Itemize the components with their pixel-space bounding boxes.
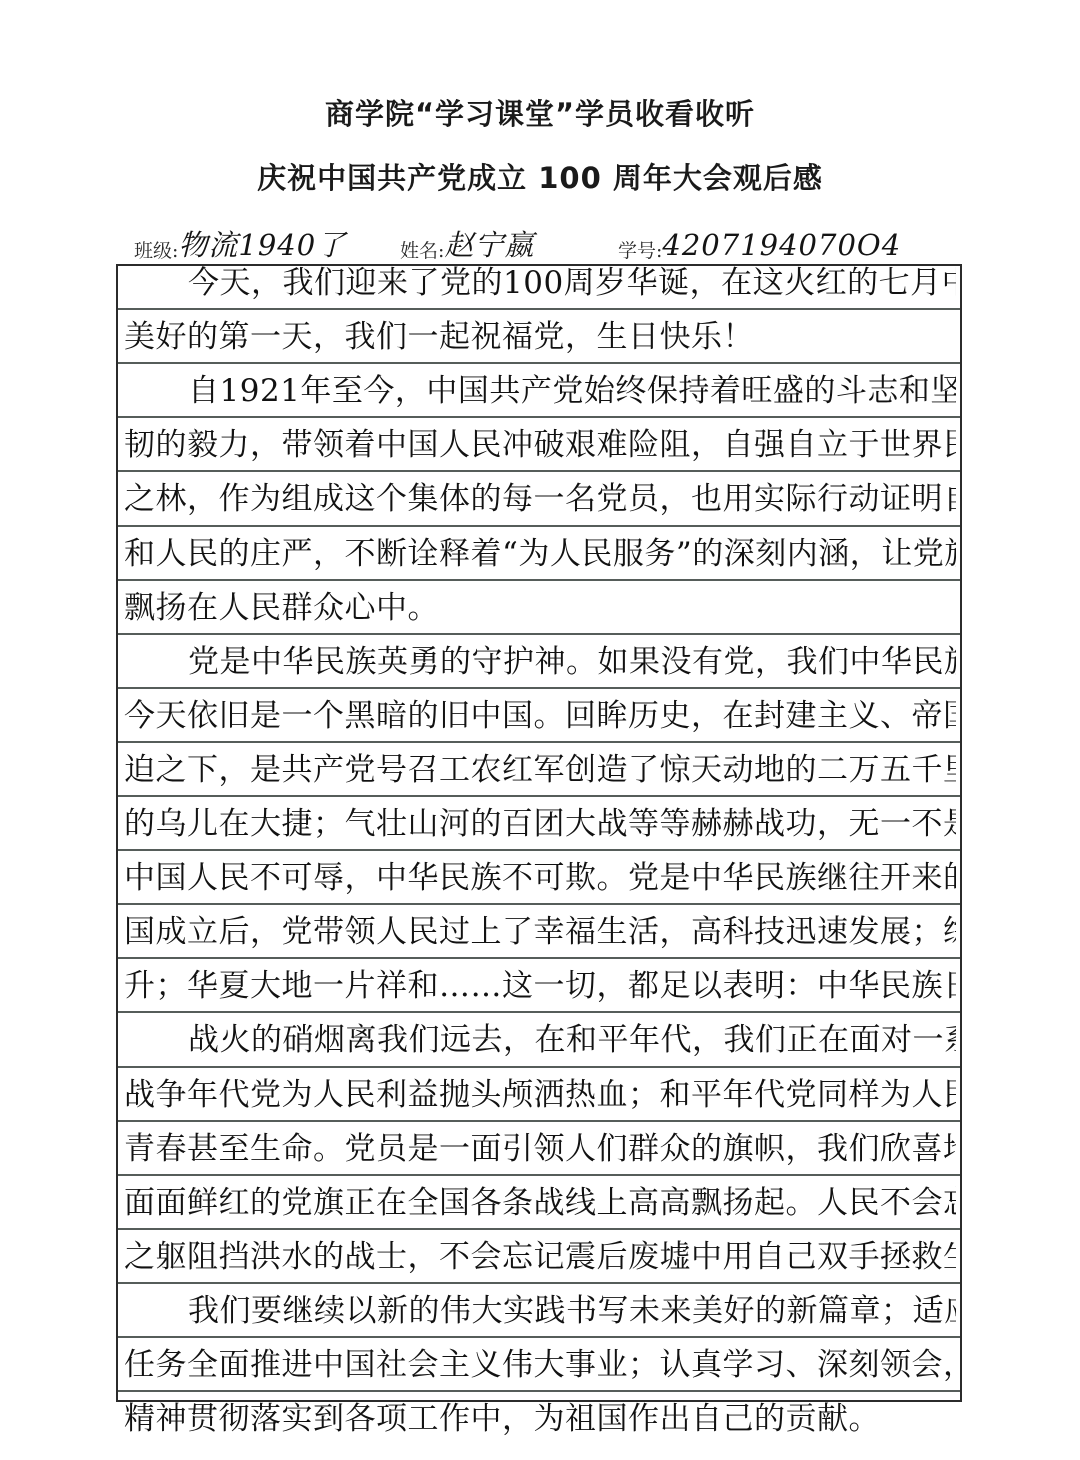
essay-line: 面面鲜红的党旗正在全国各条战线上高高飘扬起。人民不会忘记用自己血肉 [124,1176,956,1230]
essay-line: 迫之下，是共产党号召工农红军创造了惊天动地的二万五千里长征；淮海会战 [124,743,956,797]
essay-line: 我们要继续以新的伟大实践书写未来美好的新篇章；适应新形势新 [124,1284,956,1338]
essay-line: 飘扬在人民群众心中。 [124,581,956,635]
essay-line: 国成立后，党带领人民过上了幸福生活，高科技迅速发展；综合国力不断提 [124,905,956,959]
essay-box: 今天，我们迎来了党的100周岁华诞，在这火红的七月中美好的第一天，我们一起祝福党… [116,264,962,1402]
essay-line: 之躯阻挡洪水的战士，不会忘记震后废墟中用自己双手拯救生命的天使。 [124,1230,956,1284]
essay-line: 战火的硝烟离我们远去，在和平年代，我们正在面对一系列新的挑战。 [124,1013,956,1067]
essay-line: 的乌儿在大捷；气壮山河的百团大战等等赫赫战功，无一不是在表明： [124,797,956,851]
essay-line: 今天依旧是一个黑暗的旧中国。回眸历史，在封建主义、帝国主义多重压 [124,689,956,743]
essay-line: 自1921年至今，中国共产党始终保持着旺盛的斗志和坚 [124,364,956,418]
essay-line: 韧的毅力，带领着中国人民冲破艰难险阻，自强自立于世界民族 [124,418,956,472]
essay-line: 和人民的庄严，不断诠释着“为人民服务”的深刻内涵，让党旗永远 [124,527,956,581]
essay-line: 升；华夏大地一片祥和……这一切，都足以表明：中华民族日渐强大。 [124,959,956,1013]
essay-line: 今天，我们迎来了党的100周岁华诞，在这火红的七月中 [124,256,956,310]
document-title-line-1: 商学院“学习课堂”学员收看收听 [0,92,1080,133]
essay-line: 之林，作为组成这个集体的每一名党员，也用实际行动证明自己对党 [124,472,956,526]
essay-line: 任务全面推进中国社会主义伟大事业；认真学习、深刻领会，把思想、 [124,1338,956,1392]
essay-line: 青春甚至生命。党员是一面引领人们群众的旗帜，我们欣喜地看到一 [124,1122,956,1176]
essay-line: 党是中华民族英勇的守护神。如果没有党，我们中华民族也许到 [124,635,956,689]
document-title-line-2: 庆祝中国共产党成立 100 周年大会观后感 [0,156,1080,197]
essay-line: 精神贯彻落实到各项工作中，为祖国作出自己的贡献。 [124,1392,956,1446]
essay-line: 美好的第一天，我们一起祝福党，生日快乐！ [124,310,956,364]
essay-line: 中国人民不可辱，中华民族不可欺。党是中华民族继往开来的保领路人。新中 [124,851,956,905]
essay-line: 战争年代党为人民利益抛头颅洒热血；和平年代党同样为人民利益奉献自己 [124,1068,956,1122]
